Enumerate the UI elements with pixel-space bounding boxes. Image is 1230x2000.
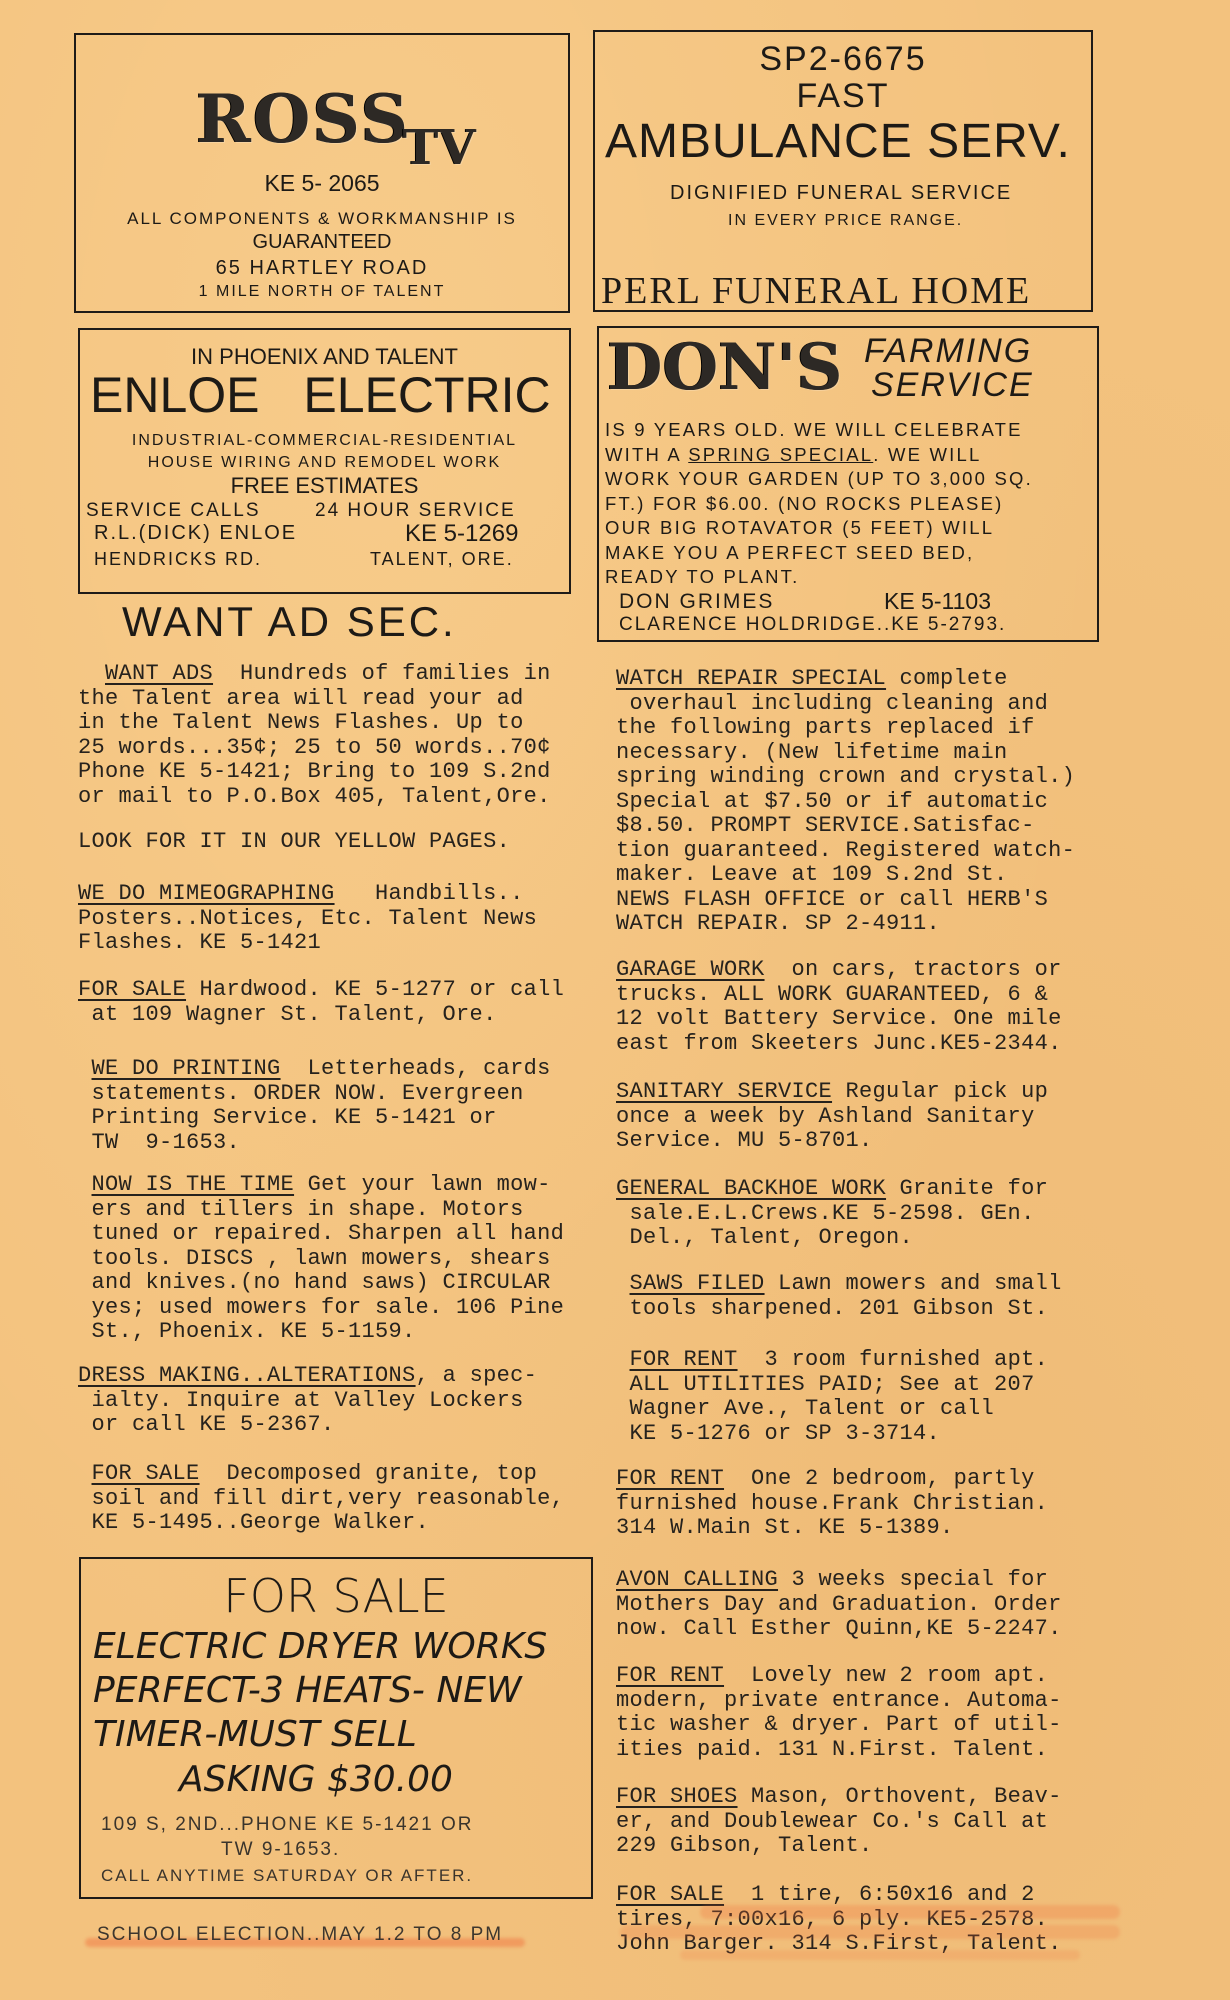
classified-ad: FOR SALE Hardwood. KE 5-1277 or call at … (78, 978, 564, 1027)
dryer-title: FOR SALE (81, 1569, 591, 1623)
classified-ad: NOW IS THE TIME Get your lawn mow- ers a… (78, 1173, 564, 1345)
ad-heading: FOR SALE (92, 1461, 200, 1486)
ross-address: 65 HARTLEY ROAD (76, 257, 568, 280)
perl-name: PERL FUNERAL HOME (601, 269, 1031, 313)
tv-logo: TV (403, 120, 476, 176)
dons-contact1-name: DON GRIMES (619, 590, 774, 614)
dryer-price: ASKING $30.00 (179, 1759, 453, 1800)
dryer-contact3: CALL ANYTIME SATURDAY OR AFTER. (101, 1866, 473, 1886)
ad-electric-dryer: FOR SALE ELECTRIC DRYER WORKSPERFECT-3 H… (79, 1557, 593, 1899)
classified-ad: FOR SALE 1 tire, 6:50x16 and 2 tires, 7:… (616, 1883, 1062, 1957)
classified-ad: FOR RENT 3 room furnished apt. ALL UTILI… (616, 1348, 1048, 1446)
ad-perl-funeral: SP2-6675 FAST AMBULANCE SERV. DIGNIFIED … (593, 30, 1093, 312)
ad-heading: FOR RENT (616, 1466, 724, 1491)
enloe-line2: HOUSE WIRING AND REMODEL WORK (80, 454, 569, 472)
ad-heading: FOR SALE (78, 977, 186, 1002)
classified-ad: SANITARY SERVICE Regular pick up once a … (616, 1080, 1048, 1154)
classified-ad: GARAGE WORK on cars, tractors or trucks.… (616, 958, 1062, 1056)
ad-heading: AVON CALLING (616, 1567, 778, 1592)
highlight-mark (700, 1905, 1120, 1919)
dons-logo: DON'S (607, 330, 843, 405)
ad-heading: FOR SHOES (616, 1784, 738, 1809)
section-title: WANT AD SEC. (122, 598, 457, 646)
ad-heading: WATCH REPAIR SPECIAL (616, 666, 886, 691)
classified-ad: WATCH REPAIR SPECIAL complete overhaul i… (616, 667, 1075, 937)
perl-fast: FAST (595, 77, 1091, 116)
ad-heading: DRESS MAKING..ALTERATIONS (78, 1363, 416, 1388)
ad-heading: SANITARY SERVICE (616, 1079, 832, 1104)
ad-heading: WE DO MIMEOGRAPHING (78, 881, 335, 906)
enloe-phone: KE 5-1269 (405, 520, 518, 548)
ad-heading: FOR SALE (616, 1882, 724, 1907)
ad-heading: GENERAL BACKHOE WORK (616, 1176, 886, 1201)
classified-ad: WE DO MIMEOGRAPHING Handbills.. Posters.… (78, 882, 537, 956)
classified-ad: SAWS FILED Lawn mowers and small tools s… (616, 1272, 1062, 1321)
dryer-contact2: TW 9-1653. (221, 1839, 340, 1861)
classified-ad: LOOK FOR IT IN OUR YELLOW PAGES. (78, 830, 510, 855)
enloe-line1: INDUSTRIAL-COMMERCIAL-RESIDENTIAL (80, 432, 569, 450)
classified-ad: FOR RENT One 2 bedroom, partly furnished… (616, 1467, 1048, 1541)
perl-ambulance: AMBULANCE SERV. (605, 114, 1071, 169)
perl-price-range: IN EVERY PRICE RANGE. (728, 212, 963, 230)
enloe-town: TALENT, ORE. (370, 549, 514, 570)
dons-contact1-phone: KE 5-1103 (884, 588, 991, 615)
ross-line2: GUARANTEED (76, 231, 568, 254)
ad-heading: GARAGE WORK (616, 957, 765, 982)
enloe-service-calls: SERVICE CALLS (86, 500, 261, 522)
ad-heading: NOW IS THE TIME (92, 1172, 295, 1197)
spring-special: SPRING SPECIAL (688, 444, 873, 465)
ross-location: 1 MILE NORTH OF TALENT (76, 283, 568, 301)
ad-heading: SAWS FILED (630, 1271, 765, 1296)
classified-ad: AVON CALLING 3 weeks special for Mothers… (616, 1568, 1062, 1642)
classified-ad: FOR RENT Lovely new 2 room apt. modern, … (616, 1664, 1062, 1762)
classified-ad: WANT ADS Hundreds of families in the Tal… (78, 662, 551, 809)
ad-heading: WE DO PRINTING (92, 1056, 281, 1081)
ad-heading: FOR RENT (616, 1663, 724, 1688)
enloe-24hr: 24 HOUR SERVICE (315, 500, 516, 522)
dons-contact2: CLARENCE HOLDRIDGE..KE 5-2793. (619, 614, 1006, 636)
ross-phone: KE 5- 2065 (76, 170, 568, 197)
enloe-owner: R.L.(DICK) ENLOE (94, 522, 297, 545)
classified-ad: DRESS MAKING..ALTERATIONS, a spec- ialty… (78, 1364, 537, 1438)
highlight-mark (620, 1925, 1120, 1939)
enloe-road: HENDRICKS RD. (94, 549, 262, 570)
ad-enloe-electric: IN PHOENIX AND TALENT ENLOE ELECTRIC IND… (78, 328, 571, 594)
dons-title2: SERVICE (871, 366, 1034, 405)
classified-ad: FOR SALE Decomposed granite, top soil an… (78, 1462, 564, 1536)
dryer-body: ELECTRIC DRYER WORKSPERFECT-3 HEATS- NEW… (93, 1625, 547, 1757)
classified-ad: WE DO PRINTING Letterheads, cards statem… (78, 1057, 551, 1155)
ad-heading: WANT ADS (105, 661, 213, 686)
ad-ross-tv: ROSS TV KE 5- 2065 ALL COMPONENTS & WORK… (74, 33, 570, 313)
classified-ad: FOR SHOES Mason, Orthovent, Beav- er, an… (616, 1785, 1062, 1859)
ad-heading: FOR RENT (630, 1347, 738, 1372)
ross-logo: ROSS (196, 80, 410, 158)
ross-line1: ALL COMPONENTS & WORKMANSHIP IS (76, 209, 568, 229)
dons-body: IS 9 YEARS OLD. WE WILL CELEBRATEWITH A … (605, 418, 1033, 590)
ad-dons-farming: DON'S FARMING SERVICE IS 9 YEARS OLD. WE… (597, 326, 1099, 642)
perl-dignified: DIGNIFIED FUNERAL SERVICE (670, 182, 1012, 205)
school-election-notice: SCHOOL ELECTION..MAY 1.2 TO 8 PM (97, 1924, 503, 1946)
highlight-mark (680, 1950, 1080, 1960)
dryer-contact1: 109 S, 2ND...PHONE KE 5-1421 OR (101, 1814, 473, 1836)
classified-ad: GENERAL BACKHOE WORK Granite for sale.E.… (616, 1177, 1048, 1251)
enloe-line3: FREE ESTIMATES (80, 473, 569, 499)
enloe-name: ENLOE ELECTRIC (90, 366, 551, 424)
perl-phone: SP2-6675 (595, 40, 1091, 79)
